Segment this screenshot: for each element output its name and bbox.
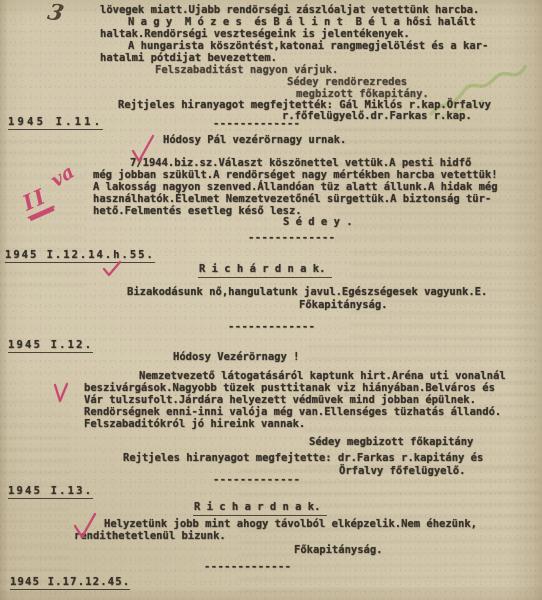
- typed-line: Helyzetünk jobb mint ahogy távolból elké…: [104, 518, 477, 530]
- date-line: 1945 I.13.: [8, 485, 93, 499]
- signature-line: Sédey rendörezredes: [287, 76, 407, 88]
- typed-line: A lakosság nagyon szenved.Állandóan tüz …: [93, 181, 498, 193]
- addressee-line: Hódosy Vezérörnagy !: [173, 351, 299, 363]
- addressee-line: Hódosy Pál vezérörnagy urnak.: [163, 134, 346, 146]
- checkmark-icon: [130, 134, 156, 168]
- typed-line: haltak.Rendörségi veszteségeink is jelen…: [100, 28, 410, 40]
- typed-line: hatalmi pótdijat bevezettem.: [100, 52, 277, 64]
- addressee-heading: R i c h a r d n a k.: [193, 501, 327, 516]
- checkmark-icon: [102, 260, 122, 282]
- typed-line: Bizakodásunk nő,hangulatunk javul.Egészs…: [127, 286, 487, 298]
- typed-line: hető.Felmentés esetleg késő lesz.: [93, 205, 302, 217]
- separator-dashes: -------------: [213, 474, 300, 486]
- typed-line: Örfalvy főfelügyelő.: [339, 465, 465, 477]
- bleed-through-text: [0, 140, 85, 290]
- separator-dashes: -------------: [228, 321, 315, 333]
- typed-line: A hungarista köszöntést,katonai rangmegj…: [128, 40, 488, 52]
- signature-line: Főkapitányság.: [294, 544, 383, 556]
- typed-line: használhatók.Élelmet Nemzetvezetőnél sür…: [93, 193, 491, 205]
- typed-line: Felszabaditást nagyon várjuk.: [155, 64, 338, 76]
- signature-line: Főkapitányság.: [299, 299, 388, 311]
- date-line: 1945 I.12.: [8, 339, 93, 353]
- date-line: 1945 I.11.: [8, 116, 103, 130]
- signature-line: Sédey megbizott főkapitány: [309, 436, 473, 448]
- separator-dashes: -------------: [248, 232, 335, 244]
- addressee-heading: R i c h á r d n a k.: [198, 263, 332, 278]
- checkmark-icon: [53, 382, 69, 408]
- typed-line: Rendörségnek enni-inni valója még van.El…: [84, 406, 501, 418]
- typed-line: Vár tulzsufolt.Járdára helyezett védmüve…: [84, 394, 476, 406]
- handwritten-page-number: 3: [45, 0, 66, 27]
- typed-line: r.főfelügyelő.dr.Farkas r.kap.: [282, 110, 472, 122]
- date-line: 1945 I.17.12.45.: [10, 576, 130, 590]
- typed-line: N a g y M ó z e s és B á l i n t B é l a…: [128, 16, 476, 28]
- typed-line: Rejtjeles hiranyagot megfejtette: dr.Far…: [123, 452, 483, 464]
- checkmark-icon: [72, 512, 98, 544]
- typed-line: 7/1944.biz.sz.Választ köszönettel vettük…: [130, 157, 471, 169]
- date-line: 1945 I.12.14.h.55.: [5, 249, 155, 263]
- typed-line: beszivárgások.Nagyobb tüzek pusttitanak …: [84, 382, 495, 394]
- margin-note-roman: II: [17, 182, 55, 219]
- typed-line: lövegek miatt.Ujabb rendörségi zászlóalj…: [100, 4, 479, 16]
- typed-line: Felszabaditókról jó hireink vannak.: [84, 418, 305, 430]
- signature-line: S é d e y .: [283, 216, 353, 228]
- separator-dashes: -------------: [213, 118, 300, 130]
- separator-dashes: -------------: [204, 561, 291, 573]
- typed-line: még jobban szükült.A rendörséget nagy mé…: [93, 169, 498, 181]
- scanned-document-page: lövegek miatt.Ujabb rendörségi zászlóalj…: [0, 0, 542, 600]
- handwritten-margin-note: IIva: [17, 169, 83, 219]
- bleed-through-text: [239, 467, 540, 600]
- typed-line: Nemzetvezető látogatásáról kaptunk hirt.…: [139, 370, 506, 382]
- margin-note-text: va: [47, 161, 78, 192]
